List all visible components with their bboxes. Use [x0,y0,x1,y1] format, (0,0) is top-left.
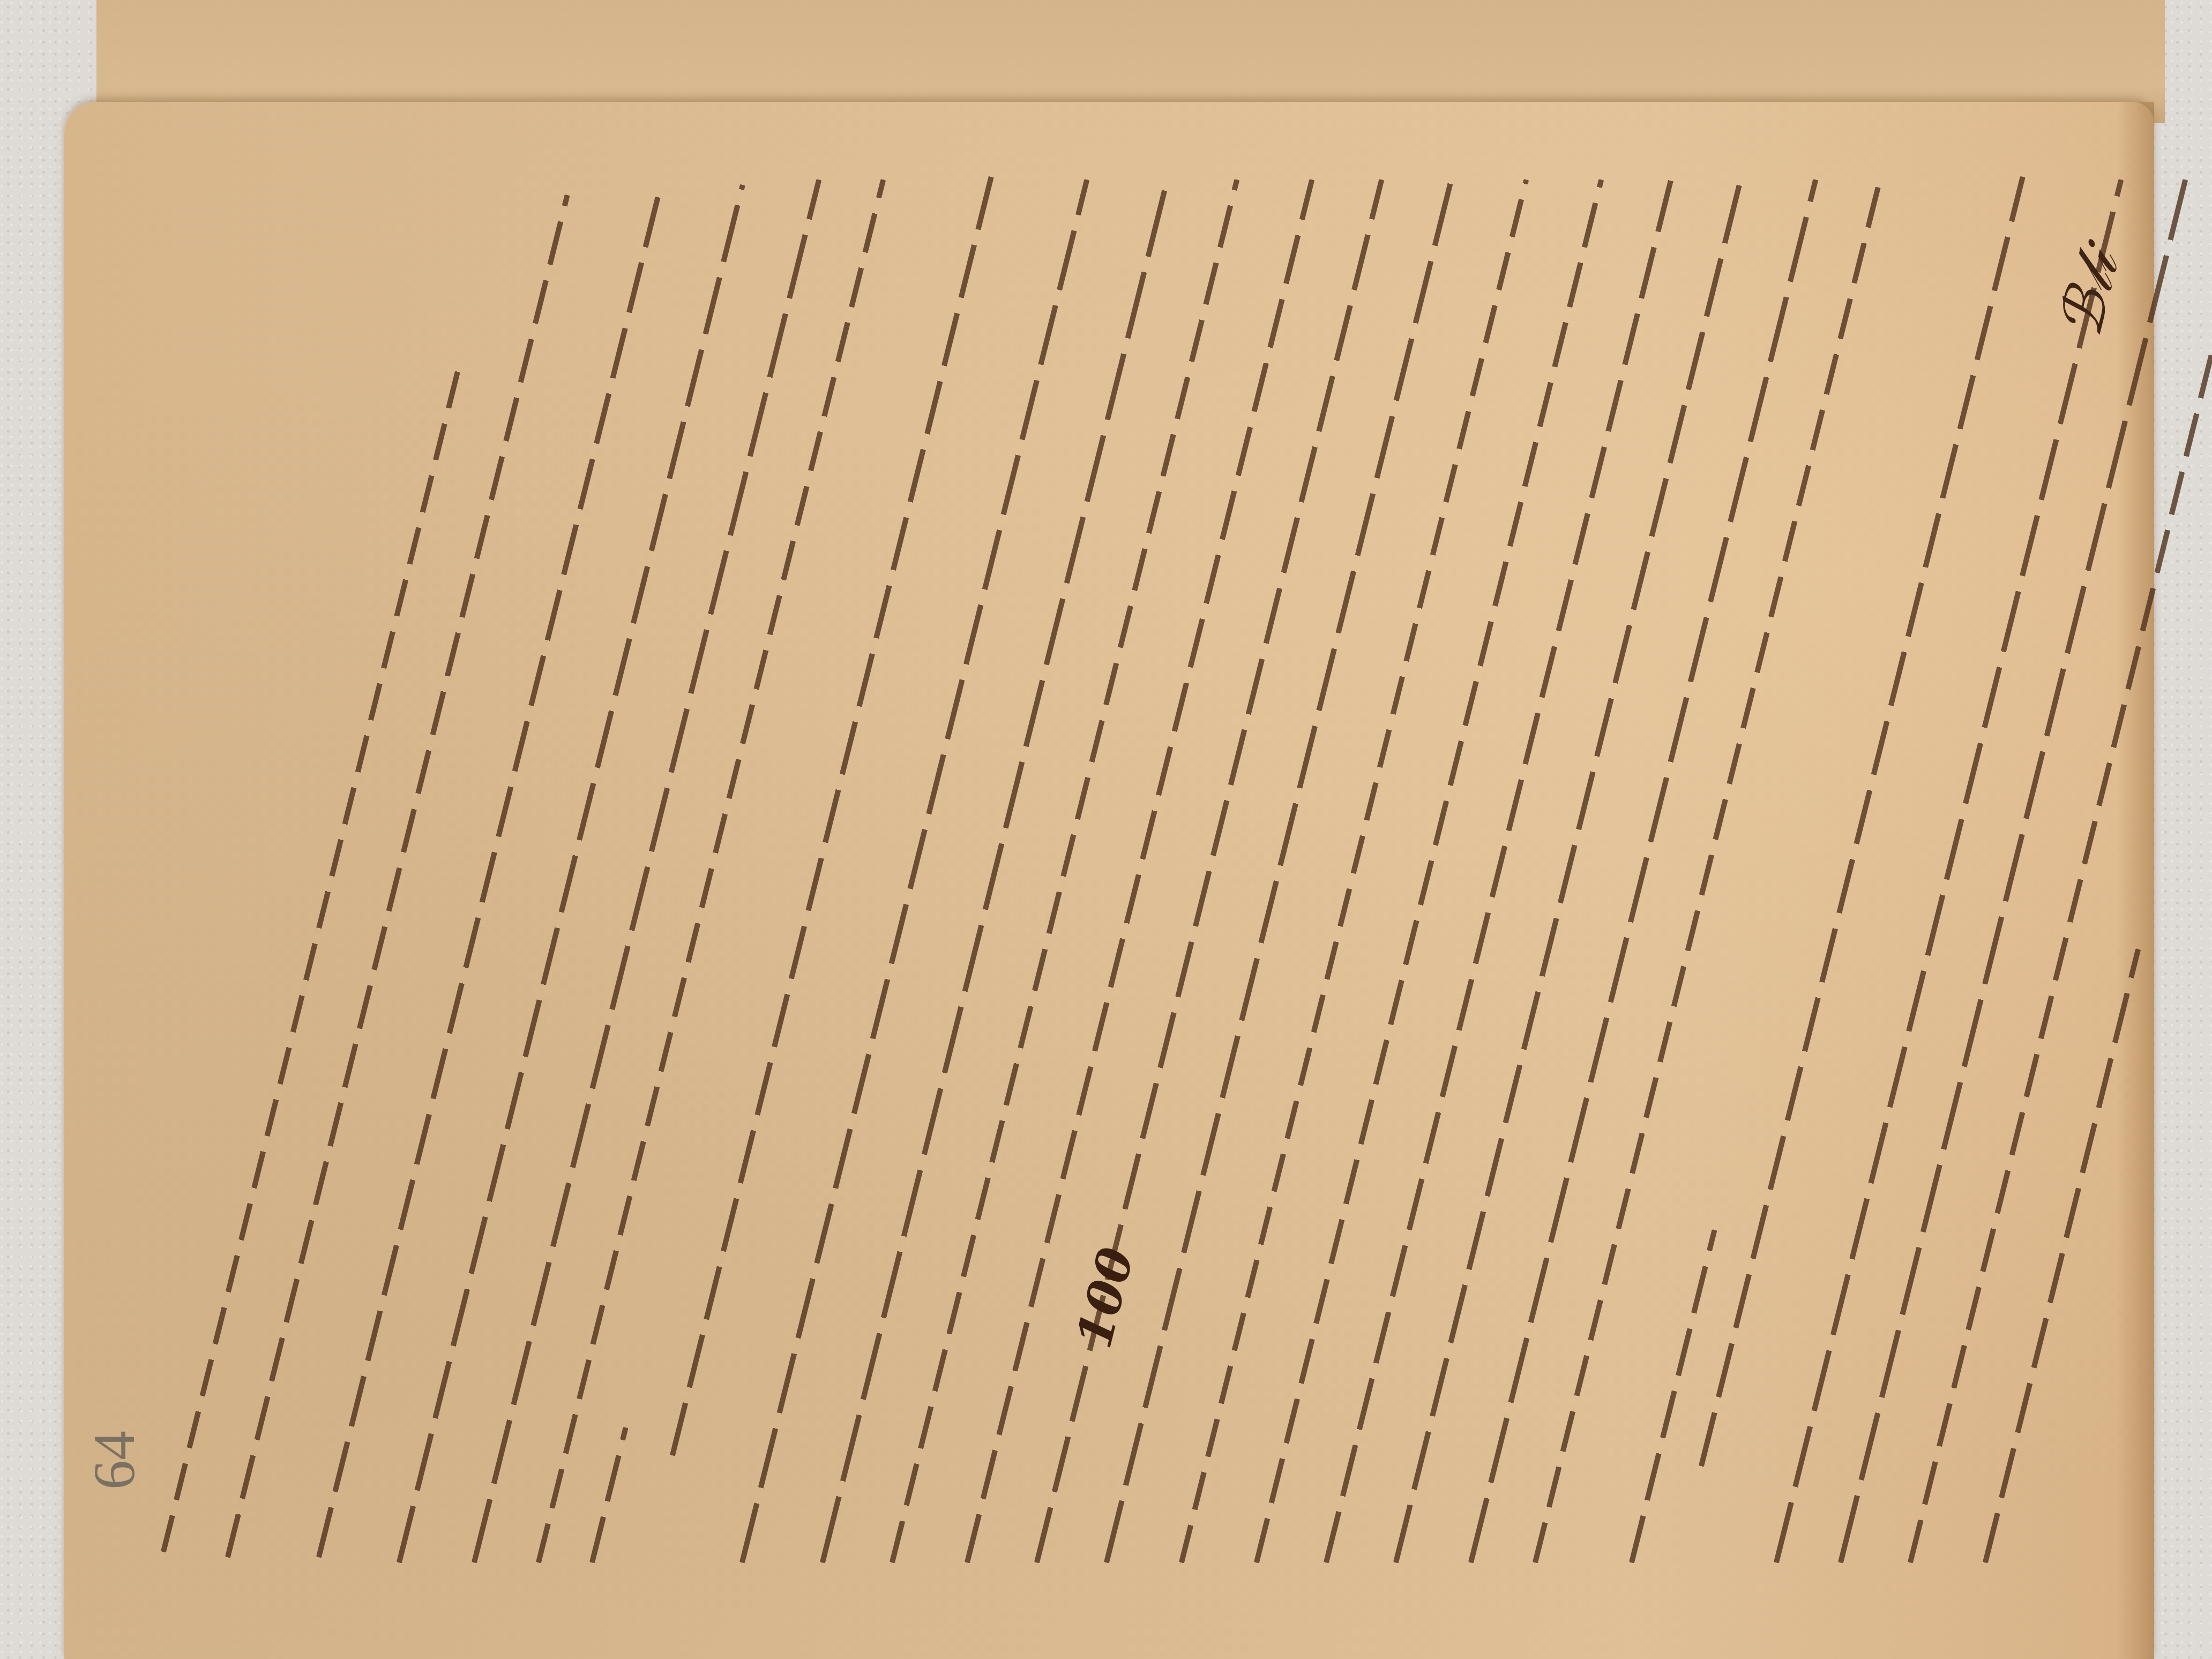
page-number: 64 [80,1431,148,1490]
photo-background: 64 100 ℬ𝓁𝒾 [0,0,2212,1659]
